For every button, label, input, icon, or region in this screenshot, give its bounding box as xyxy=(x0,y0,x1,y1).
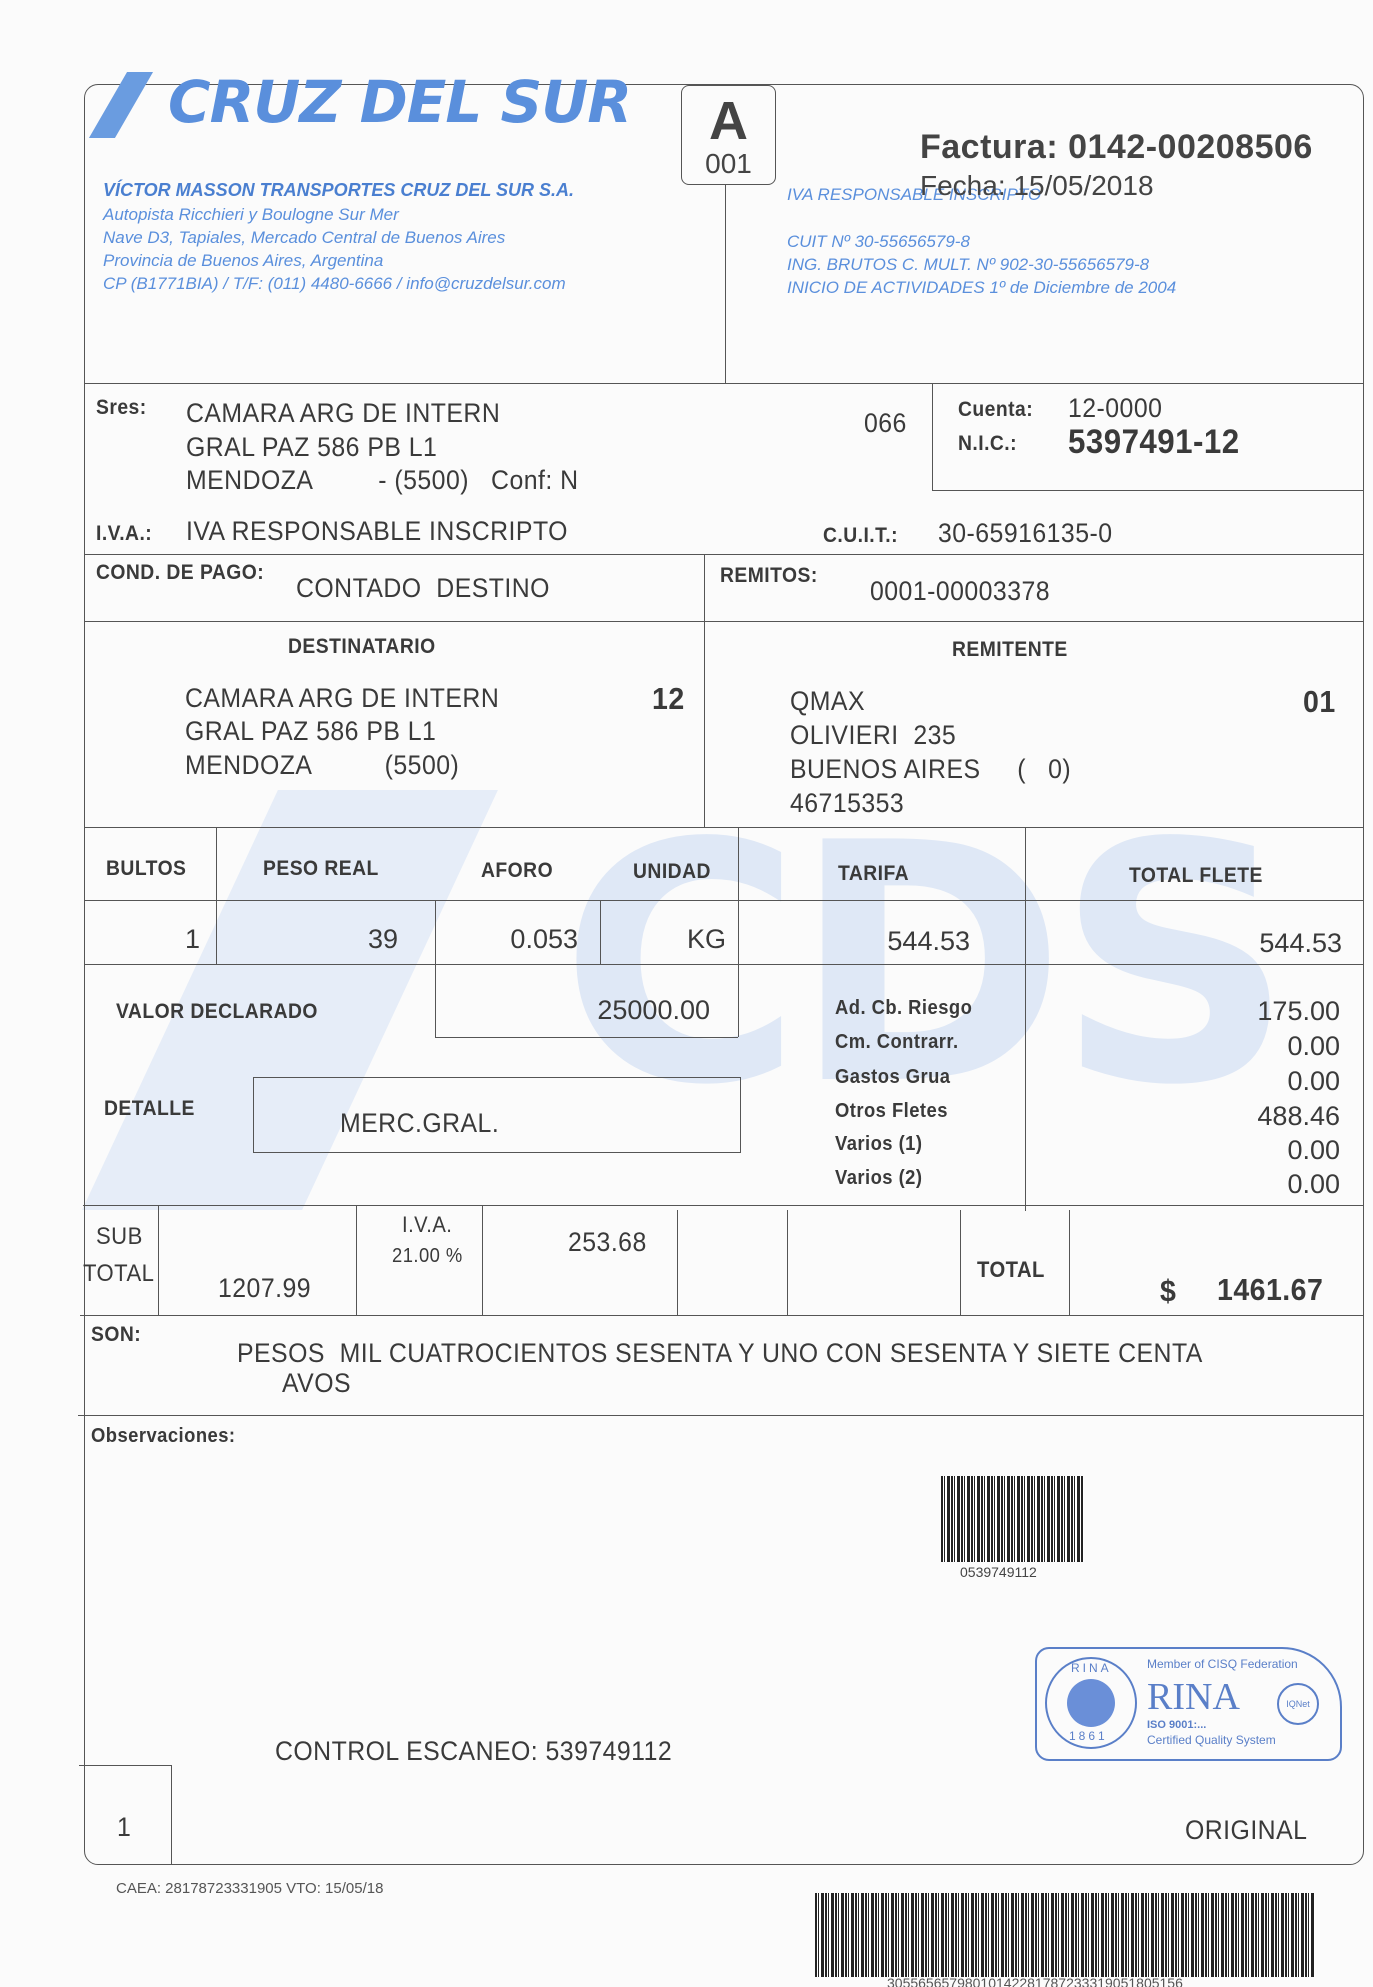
iva-label: I.V.A.: xyxy=(96,522,152,546)
seal-year-text: 1861 xyxy=(1069,1729,1108,1743)
company-name: VÍCTOR MASSON TRANSPORTES CRUZ DEL SUR S… xyxy=(103,180,574,201)
company-address-1: Autopista Ricchieri y Boulogne Sur Mer xyxy=(103,205,399,225)
divider xyxy=(83,1205,1363,1206)
divider xyxy=(704,554,705,827)
col-peso-real: PESO REAL xyxy=(263,857,379,881)
currency-symbol: $ xyxy=(1160,1273,1176,1309)
remitos-label: REMITOS: xyxy=(720,564,818,588)
divider xyxy=(787,1210,788,1315)
col-total-flete: TOTAL FLETE xyxy=(1129,864,1263,888)
divider xyxy=(677,1210,678,1315)
total-value: 1461.67 xyxy=(1217,1272,1323,1308)
invoice-code: 001 xyxy=(682,150,775,178)
col-tarifa: TARIFA xyxy=(838,862,909,886)
divider xyxy=(80,1315,1363,1316)
subtotal-label: SUB xyxy=(96,1223,143,1251)
subtotal-label: TOTAL xyxy=(83,1260,154,1288)
cell-peso-real: 39 xyxy=(300,924,398,955)
remitente-address: OLIVIERI 235 xyxy=(790,720,956,751)
remitente-phone: 46715353 xyxy=(790,788,904,819)
remitente-code: 01 xyxy=(1303,684,1336,720)
seal-top-text: RINA xyxy=(1071,1661,1112,1675)
charge-value: 175.00 xyxy=(1150,996,1340,1027)
header-divider xyxy=(725,184,726,383)
charge-value: 488.46 xyxy=(1150,1101,1340,1132)
iqnet-badge-icon: IQNet xyxy=(1277,1683,1319,1725)
nic-value: 5397491-12 xyxy=(1068,423,1240,462)
copy-type: ORIGINAL xyxy=(1185,1815,1307,1846)
company-cuit: CUIT Nº 30-55656579-8 xyxy=(787,232,970,252)
company-start-date: INICIO DE ACTIVIDADES 1º de Diciembre de… xyxy=(787,278,1176,298)
destinatario-code: 12 xyxy=(652,681,685,717)
detalle-label: DETALLE xyxy=(104,1097,195,1121)
divider xyxy=(1025,827,1026,1211)
cell-total-flete: 544.53 xyxy=(1150,928,1342,959)
quality-system-text: Certified Quality System xyxy=(1147,1733,1276,1747)
cell-unidad: KG xyxy=(620,924,726,955)
cuenta-value: 12-0000 xyxy=(1068,393,1162,424)
son-label: SON: xyxy=(91,1323,141,1347)
rina-certification-stamp: RINA 1861 Member of CISQ Federation RINA… xyxy=(1035,1647,1342,1761)
iso-text: ISO 9001:... xyxy=(1147,1719,1206,1731)
divider xyxy=(85,621,1363,622)
invoice-date: Fecha: 15/05/2018 xyxy=(920,170,1154,202)
invoice-letter: A xyxy=(682,92,775,150)
charge-label: Varios (2) xyxy=(835,1167,922,1190)
caea-barcode-number: 30556565798010142281787233319051805156 xyxy=(887,1978,1183,1987)
company-contact: CP (B1771BIA) / T/F: (011) 4480-6666 / i… xyxy=(103,274,566,294)
invoice-frame xyxy=(84,84,1364,1865)
divider xyxy=(216,827,217,964)
divider xyxy=(600,900,601,964)
divider xyxy=(356,1205,357,1315)
caea-barcode-icon xyxy=(815,1893,1315,1977)
remitente-label: REMITENTE xyxy=(952,638,1068,662)
customer-address: GRAL PAZ 586 PB L1 xyxy=(186,432,437,463)
customer-code: 066 xyxy=(864,408,907,439)
rina-name: RINA xyxy=(1147,1675,1240,1719)
charge-value: 0.00 xyxy=(1150,1135,1340,1166)
scan-barcode-icon xyxy=(941,1476,1084,1562)
cuenta-label: Cuenta: xyxy=(958,398,1033,422)
divider xyxy=(435,900,436,1037)
charge-value: 0.00 xyxy=(1150,1031,1340,1062)
charge-value: 0.00 xyxy=(1150,1066,1340,1097)
payment-label: COND. DE PAGO: xyxy=(96,561,264,585)
divider xyxy=(78,1415,1363,1416)
scan-barcode-number: 0539749112 xyxy=(960,1564,1037,1580)
divider xyxy=(960,1210,961,1315)
destinatario-address: GRAL PAZ 586 PB L1 xyxy=(185,716,436,747)
company-ingresos-brutos: ING. BRUTOS C. MULT. Nº 902-30-55656579-… xyxy=(787,255,1149,275)
payment-value: CONTADO DESTINO xyxy=(296,573,550,604)
col-aforo: AFORO xyxy=(481,859,553,883)
cisq-member-text: Member of CISQ Federation xyxy=(1147,1657,1298,1671)
customer-name: CAMARA ARG DE INTERN xyxy=(186,398,500,429)
valor-declarado-label: VALOR DECLARADO xyxy=(116,1000,318,1024)
customer-city: MENDOZA - (5500) Conf: N xyxy=(186,465,578,496)
rina-seal-icon: RINA 1861 xyxy=(1045,1657,1137,1749)
caea-text: CAEA: 28178723331905 VTO: 15/05/18 xyxy=(116,1880,383,1897)
cell-tarifa: 544.53 xyxy=(800,926,970,957)
divider xyxy=(1069,1210,1070,1315)
customer-label: Sres: xyxy=(96,396,147,420)
cell-bultos: 1 xyxy=(120,924,200,955)
control-escaneo: CONTROL ESCANEO: 539749112 xyxy=(275,1736,672,1767)
divider xyxy=(435,1037,738,1038)
iva-rate: 21.00 % xyxy=(392,1245,463,1268)
col-bultos: BULTOS xyxy=(106,857,186,881)
valor-declarado-value: 25000.00 xyxy=(560,995,710,1026)
divider xyxy=(482,1205,483,1315)
nic-label: N.I.C.: xyxy=(958,432,1017,456)
charge-label: Gastos Grua xyxy=(835,1066,951,1089)
cell-aforo: 0.053 xyxy=(470,924,578,955)
divider xyxy=(158,1205,159,1315)
company-address-3: Provincia de Buenos Aires, Argentina xyxy=(103,251,383,271)
remitente-city: BUENOS AIRES ( 0) xyxy=(790,754,1071,785)
company-address-2: Nave D3, Tapiales, Mercado Central de Bu… xyxy=(103,228,505,248)
invoice-type-box: A 001 xyxy=(681,85,776,185)
son-text-line1: PESOS MIL CUATROCIENTOS SESENTA Y UNO CO… xyxy=(237,1338,1203,1369)
col-unidad: UNIDAD xyxy=(633,860,711,884)
destinatario-label: DESTINATARIO xyxy=(288,635,436,659)
charge-value: 0.00 xyxy=(1150,1169,1340,1200)
son-text-line2: AVOS xyxy=(282,1368,351,1399)
copy-number: 1 xyxy=(117,1812,131,1843)
charge-label: Varios (1) xyxy=(835,1133,922,1156)
detalle-value: MERC.GRAL. xyxy=(340,1108,499,1139)
charge-label: Ad. Cb. Riesgo xyxy=(835,997,972,1020)
iva-amount: 253.68 xyxy=(568,1227,647,1258)
remitos-value: 0001-00003378 xyxy=(870,576,1050,607)
divider xyxy=(738,827,739,1037)
destinatario-name: CAMARA ARG DE INTERN xyxy=(185,683,499,714)
cuit-label: C.U.I.T.: xyxy=(823,524,898,548)
charge-label: Otros Fletes xyxy=(835,1100,948,1123)
divider xyxy=(85,964,1363,965)
charge-label: Cm. Contrarr. xyxy=(835,1031,959,1054)
customer-iva: IVA RESPONSABLE INSCRIPTO xyxy=(186,516,568,547)
iva-label-total: I.V.A. xyxy=(402,1212,452,1238)
divider xyxy=(85,900,1363,901)
brand-title: CRUZ DEL SUR xyxy=(168,68,631,136)
customer-cuit: 30-65916135-0 xyxy=(938,518,1112,549)
observaciones-label: Observaciones: xyxy=(91,1425,236,1448)
invoice-number: Factura: 0142-00208506 xyxy=(920,128,1313,167)
destinatario-city: MENDOZA (5500) xyxy=(185,750,459,781)
remitente-name: QMAX xyxy=(790,686,865,717)
subtotal-value: 1207.99 xyxy=(218,1273,311,1304)
divider xyxy=(85,554,1363,555)
total-label: TOTAL xyxy=(977,1257,1045,1283)
divider xyxy=(85,827,1363,828)
